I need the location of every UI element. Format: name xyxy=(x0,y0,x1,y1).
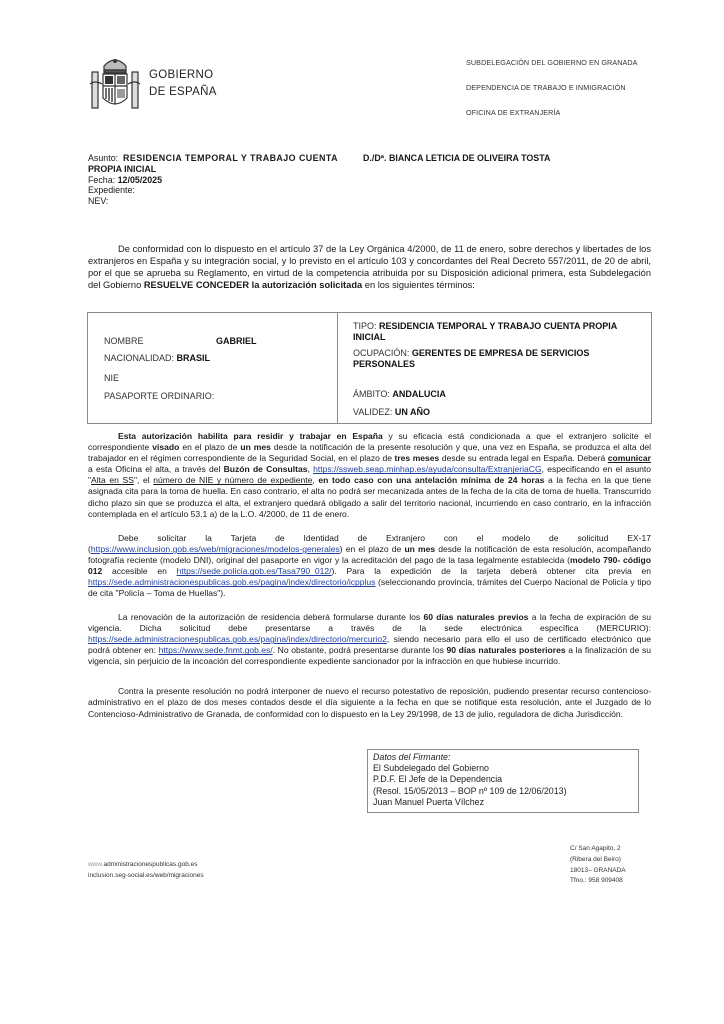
subject-value: RESIDENCIA TEMPORAL Y TRABAJO CUENTA xyxy=(123,153,338,163)
subject-row: Asunto: RESIDENCIA TEMPORAL Y TRABAJO CU… xyxy=(88,153,358,164)
mercurio-link[interactable]: https://sede.administracionespublicas.go… xyxy=(88,634,387,644)
text: desde su entrada legal en España. Deberá xyxy=(439,453,607,463)
text: ). Para la expedición de la tarjeta debe… xyxy=(332,566,651,576)
org-line-department: DEPENDENCIA DE TRABAJO E INMIGRACIÓN xyxy=(466,83,638,108)
underlined-text: Alta en SS xyxy=(91,475,134,485)
scope-label: ÁMBITO: xyxy=(353,389,390,399)
passport-label: PASAPORTE ORDINARIO: xyxy=(104,391,214,401)
address-line: (Ribera del Beiro) xyxy=(570,855,626,866)
renewal-paragraph: La renovación de la autorización de resi… xyxy=(88,612,651,667)
signer-line: (Resol. 15/05/2013 – BOP nº 109 de 12/06… xyxy=(373,786,638,797)
address-line: C/ San Agapito, 2 xyxy=(570,844,626,855)
document-meta: Asunto: RESIDENCIA TEMPORAL Y TRABAJO CU… xyxy=(88,153,358,207)
text: . No obstante, podrá presentarse durante… xyxy=(273,645,447,655)
government-name: GOBIERNO DE ESPAÑA xyxy=(149,67,217,101)
text: accesible en xyxy=(102,566,176,576)
type-value: RESIDENCIA TEMPORAL Y TRABAJO CUENTA PRO… xyxy=(353,321,617,342)
occupation-row: OCUPACIÓN: GERENTES DE EMPRESA DE SERVIC… xyxy=(353,348,643,370)
text: a esta Oficina el alta, a través del xyxy=(88,464,224,474)
organization-lines: SUBDELEGACIÓN DEL GOBIERNO EN GRANADA DE… xyxy=(466,58,638,133)
website-2: inclusion.seg-social.es/web/migraciones xyxy=(88,871,204,882)
recipient-name: D./Dª. BIANCA LETICIA DE OLIVEIRA TOSTA xyxy=(363,153,550,163)
nie-label: NIE xyxy=(104,373,119,383)
holder-column: NOMBRE GABRIEL NACIONALIDAD: BRASIL NIE … xyxy=(88,313,338,423)
type-row: TIPO: RESIDENCIA TEMPORAL Y TRABAJO CUEN… xyxy=(353,321,643,343)
name-value: GABRIEL xyxy=(216,336,257,346)
phone: Tfno.: 958 909408 xyxy=(570,876,626,887)
text: Contra la presente resolución no podrá i… xyxy=(88,686,651,719)
bold-text: 90 días naturales posteriores xyxy=(447,645,566,655)
underlined-text: número de NIE y número de expediente xyxy=(153,475,312,485)
authorization-column: TIPO: RESIDENCIA TEMPORAL Y TRABAJO CUEN… xyxy=(338,313,651,423)
text: ", el xyxy=(134,475,153,485)
date-value: 12/05/2025 xyxy=(118,175,162,185)
type-label: TIPO: xyxy=(353,321,377,331)
validity-value: UN AÑO xyxy=(395,407,430,417)
website-1: administracionespublicas.gob.es xyxy=(104,861,198,868)
signer-line: El Subdelegado del Gobierno xyxy=(373,763,638,774)
name-label: NOMBRE xyxy=(104,336,144,346)
name-row: NOMBRE GABRIEL xyxy=(104,336,144,346)
bold-text: Esta autorización habilita para residir … xyxy=(118,431,383,441)
bold-text: visado xyxy=(152,442,179,452)
nev-label: NEV: xyxy=(88,196,358,207)
address-line: 18013– GRANADA xyxy=(570,866,626,877)
bold-text: un mes xyxy=(404,544,435,554)
intro-text-end: en los siguientes términos: xyxy=(362,280,475,290)
nationality-row: NACIONALIDAD: BRASIL xyxy=(104,353,210,363)
text: ) en el plazo de xyxy=(340,544,405,554)
card-request-paragraph: Debe solicitar la Tarjeta de Identidad d… xyxy=(88,533,651,600)
validity-row: VALIDEZ: UN AÑO xyxy=(353,407,643,418)
signer-heading: Datos del Firmante: xyxy=(373,752,638,763)
tax-790-link[interactable]: https://sede.policia.gob.es/Tasa790_012/ xyxy=(177,566,332,576)
intro-resolution: RESUELVE CONCEDER la autorización solici… xyxy=(144,280,362,290)
ex17-form-link[interactable]: https://www.inclusion.gob.es/web/migraci… xyxy=(91,544,340,554)
file-label: Expediente: xyxy=(88,185,358,196)
footer-address: C/ San Agapito, 2 (Ribera del Beiro) 180… xyxy=(570,844,626,887)
nationality-value: BRASIL xyxy=(177,353,211,363)
date-label: Fecha: xyxy=(88,175,115,185)
grant-details-table: NOMBRE GABRIEL NACIONALIDAD: BRASIL NIE … xyxy=(87,312,652,424)
text: en el plazo de xyxy=(179,442,240,452)
conditions-paragraph: Esta autorización habilita para residir … xyxy=(88,431,651,520)
validity-label: VALIDEZ: xyxy=(353,407,392,417)
signer-line: P.D.F. El Jefe de la Dependencia xyxy=(373,774,638,785)
intro-paragraph: De conformidad con lo dispuesto en el ar… xyxy=(88,243,651,291)
coat-of-arms-logo xyxy=(90,54,140,116)
subject-label: Asunto: xyxy=(88,153,118,163)
org-line-subdelegation: SUBDELEGACIÓN DEL GOBIERNO EN GRANADA xyxy=(466,58,638,83)
bold-text: en todo caso con una antelación mínima d… xyxy=(318,475,544,485)
occupation-label: OCUPACIÓN: xyxy=(353,348,409,358)
nationality-label: NACIONALIDAD: xyxy=(104,353,174,363)
date-row: Fecha: 12/05/2025 xyxy=(88,175,358,186)
mailbox-link[interactable]: https://ssweb.seap.minhap.es/ayuda/consu… xyxy=(313,464,542,474)
signer-name: Juan Manuel Puerta Vílchez xyxy=(373,797,638,808)
footer-websites: www.administracionespublicas.gob.es incl… xyxy=(88,860,204,881)
appointment-link[interactable]: https://sede.administracionespublicas.go… xyxy=(88,577,375,587)
bold-text: Buzón de Consultas xyxy=(224,464,308,474)
scope-row: ÁMBITO: ANDALUCIA xyxy=(353,389,643,400)
text: La renovación de la autorización de resi… xyxy=(118,612,423,622)
appeal-paragraph: Contra la presente resolución no podrá i… xyxy=(88,686,651,720)
signer-box: Datos del Firmante: El Subdelegado del G… xyxy=(367,749,639,813)
scope-value: ANDALUCIA xyxy=(392,389,446,399)
subject-value-2: PROPIA INICIAL xyxy=(88,164,156,174)
org-line-office: OFICINA DE EXTRANJERÍA xyxy=(466,108,638,133)
web-prefix: www. xyxy=(88,861,104,868)
fnmt-link[interactable]: https://www.sede.fnmt.gob.es/ xyxy=(159,645,273,655)
gov-line-1: GOBIERNO xyxy=(149,67,217,84)
gov-line-2: DE ESPAÑA xyxy=(149,84,217,101)
bold-underlined-text: comunicar xyxy=(608,453,651,463)
bold-text: tres meses xyxy=(395,453,440,463)
bold-text: 60 días naturales previos xyxy=(423,612,528,622)
bold-text: un mes xyxy=(240,442,271,452)
